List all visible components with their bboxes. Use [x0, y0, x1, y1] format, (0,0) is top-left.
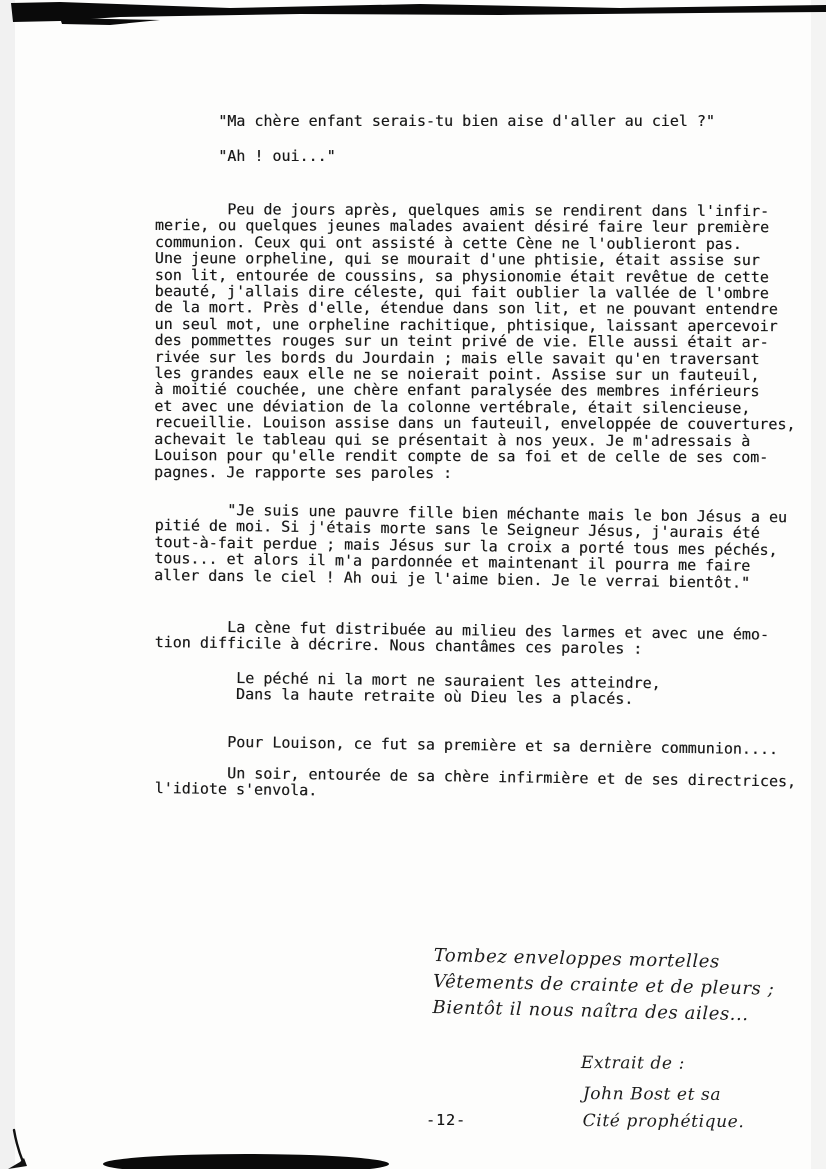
pen-mark [14, 1130, 23, 1162]
paragraph-quote: "Je suis une pauvre fille bien méchante … [154, 501, 787, 591]
paragraph-envol: Un soir, entourée de sa chère infirmière… [155, 764, 797, 806]
dialogue-line-2: "Ah ! oui..." [155, 148, 336, 164]
handwritten-source: John Bost et sa Cité prophétique. [583, 1081, 745, 1136]
handwritten-extrait-label: Extrait de : [581, 1050, 685, 1077]
scan-edge-left [0, 0, 15, 1169]
paragraph-infirmerie: Peu de jours après, quelques amis se ren… [154, 201, 796, 482]
handwritten-verse: Tombez enveloppes mortelles Vêtements de… [432, 943, 775, 1029]
scan-artifact-bottom [103, 1154, 389, 1169]
paragraph-communion: Pour Louison, ce fut sa première et sa d… [155, 733, 778, 758]
hymn-verse: Le péché ni la mort ne sauraient les att… [155, 669, 661, 708]
scan-edge-right [811, 0, 826, 1169]
paragraph-cene: La cène fut distribuée au milieu des lar… [155, 618, 769, 659]
dialogue-line-1: "Ma chère enfant serais-tu bien aise d'a… [155, 113, 715, 129]
page-number: -12- [410, 1111, 482, 1129]
scan-artifact-top [11, 2, 826, 22]
